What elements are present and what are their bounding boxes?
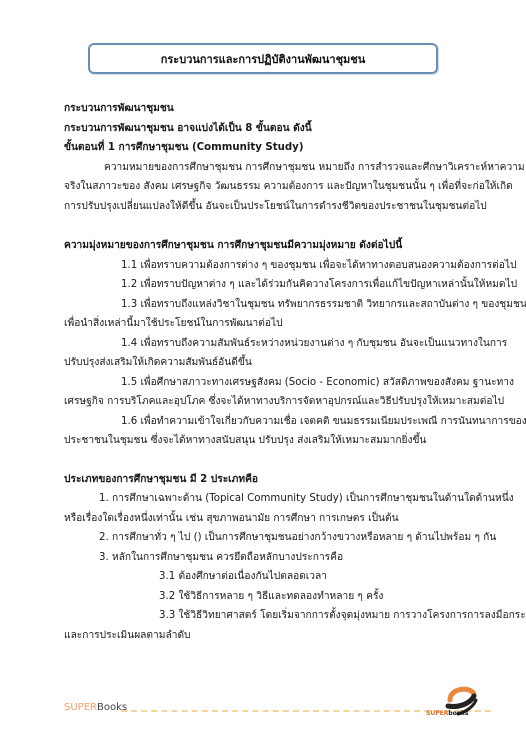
logo-text: SUPERbooks — [426, 710, 468, 717]
purpose-item: 1.2 เพื่อทราบปัญหาต่าง ๆ และได้ร่วมกันคิ… — [64, 275, 474, 295]
principle-item: 3.2 ใช้วิธีการหลาย ๆ วิธีและทดลองทำหลาย … — [64, 587, 474, 607]
purpose-heading: ความมุ่งหมายของการศึกษาชุมชน การศึกษาชุม… — [64, 236, 474, 256]
section-heading: กระบวนการพัฒนาชุมชน — [64, 99, 474, 119]
purpose-item: 1.6 เพื่อทำความเข้าใจเกี่ยวกับความเชื่อ … — [64, 412, 474, 432]
definition-line: ความหมายของการศึกษาชุมชน การศึกษาชุมชน ห… — [64, 158, 474, 178]
type-item: 2. การศึกษาทั่ว ๆ ไป () เป็นการศึกษาชุมช… — [64, 528, 474, 548]
step-title: ขั้นตอนที่ 1 การศึกษาชุมชน (Community St… — [64, 138, 474, 158]
page-footer: SUPERBooks SUPERbooks — [64, 700, 484, 720]
purpose-item: 1.3 เพื่อทราบถึงแหล่งวิชาในชุมชน ทรัพยาก… — [64, 295, 474, 315]
purpose-item-cont: เศรษฐกิจ การบริโภคและอุปโภค ซึ่งจะได้หาท… — [64, 392, 474, 412]
principle-item: 3.1 ต้องศึกษาต่อเนื่องกันไปตลอดเวลา — [64, 567, 474, 587]
definition-line: จริงในสภาวะของ สังคม เศรษฐกิจ วัฒนธรรม ค… — [64, 177, 474, 197]
purpose-item: 1.5 เพื่อศึกษาสภาวะทางเศรษฐสังคม (Socio … — [64, 373, 474, 393]
type-item-cont: หรือเรื่องใดเรื่องหนึ่งเท่านั้น เช่น สุข… — [64, 509, 474, 529]
footer-brand: SUPERBooks — [64, 702, 127, 713]
principle-item-cont: และการประเมินผลตามลำดับ — [64, 626, 474, 646]
purpose-item-cont: เพื่อนำสิ่งเหล่านี้มาใช้ประโยชน์ในการพัฒ… — [64, 314, 474, 334]
title-box: กระบวนการและการปฏิบัติงานพัฒนาชุมชน — [88, 43, 438, 74]
page-title: กระบวนการและการปฏิบัติงานพัฒนาชุมชน — [161, 50, 366, 68]
type-item: 1. การศึกษาเฉพาะด้าน (Topical Community … — [64, 489, 474, 509]
purpose-item: 1.1 เพื่อทราบความต้องการต่าง ๆ ของชุมชน … — [64, 256, 474, 276]
section-subheading: กระบวนการพัฒนาชุมชน อาจแบ่งได้เป็น 8 ขั้… — [64, 119, 474, 139]
principles-title: 3. หลักในการศึกษาชุมชน ควรยึดถือหลักบางป… — [64, 548, 474, 568]
definition-line: การปรับปรุงเปลี่ยนแปลงให้ดีขึ้น อันจะเป็… — [64, 197, 474, 217]
principle-item: 3.3 ใช้วิธีวิทยาศาสตร์ โดยเริ่มจากการตั้… — [64, 606, 474, 626]
purpose-item-cont: ประชาชนในชุมชน ซึ่งจะได้หาทางสนับสนุน ปร… — [64, 431, 474, 451]
types-heading: ประเภทของการศึกษาชุมชน มี 2 ประเภทคือ — [64, 470, 474, 490]
purpose-item-cont: ปรับปรุงส่งเสริมให้เกิดความสัมพันธ์อันดี… — [64, 353, 474, 373]
document-body: กระบวนการพัฒนาชุมชน กระบวนการพัฒนาชุมชน … — [64, 99, 474, 645]
purpose-item: 1.4 เพื่อทราบถึงความสัมพันธ์ระหว่างหน่วย… — [64, 334, 474, 354]
